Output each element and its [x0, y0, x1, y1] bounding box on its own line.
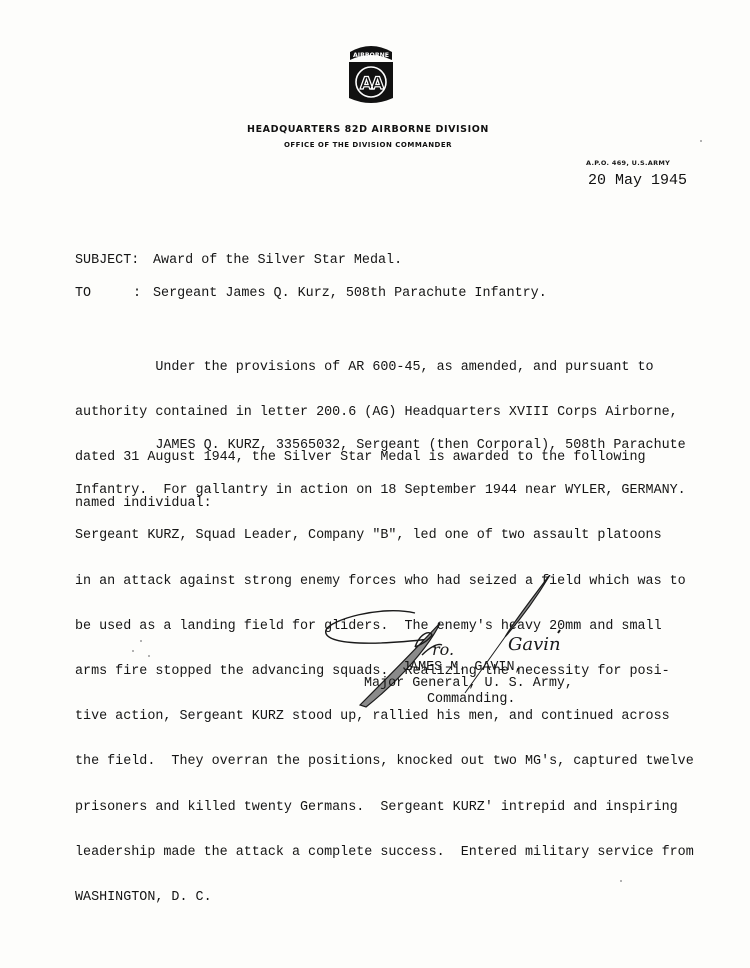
- to-colon: :: [133, 286, 141, 301]
- text-line: Infantry. For gallantry in action on 18 …: [75, 483, 694, 498]
- scan-speck: [148, 655, 150, 657]
- subject-label: SUBJECT:: [75, 253, 139, 268]
- text-line: the field. They overran the positions, k…: [75, 754, 694, 769]
- svg-text:ro.: ro.: [432, 640, 454, 659]
- scan-speck: [700, 140, 702, 142]
- 82nd-airborne-insignia-icon: AIRBORNE AA: [346, 42, 396, 108]
- scan-speck: [140, 640, 142, 642]
- text-line: JAMES Q. KURZ, 33565032, Sergeant (then …: [75, 438, 694, 453]
- signatory-rank: Major General, U. S. Army,: [364, 676, 573, 691]
- letter-date: 20 May 1945: [588, 172, 687, 189]
- scan-speck: [132, 650, 134, 652]
- svg-text:AA: AA: [360, 74, 385, 94]
- svg-text:AIRBORNE: AIRBORNE: [353, 52, 389, 59]
- text-line: Sergeant KURZ, Squad Leader, Company "B"…: [75, 528, 694, 543]
- text-line: prisoners and killed twenty Germans. Ser…: [75, 800, 694, 815]
- scan-speck: [620, 880, 622, 882]
- signatory-title: Commanding.: [427, 692, 515, 707]
- letter-page: AIRBORNE AA HEADQUARTERS 82D AIRBORNE DI…: [0, 0, 750, 968]
- recipient-text: Sergeant James Q. Kurz, 508th Parachute …: [153, 286, 547, 301]
- letterhead: HEADQUARTERS 82D AIRBORNE DIVISION OFFIC…: [0, 124, 750, 149]
- text-line: leadership made the attack a complete su…: [75, 845, 694, 860]
- headquarters-title: HEADQUARTERS 82D AIRBORNE DIVISION: [0, 124, 743, 135]
- subject-text: Award of the Silver Star Medal.: [153, 253, 402, 268]
- office-subtitle: OFFICE OF THE DIVISION COMMANDER: [0, 141, 743, 149]
- text-line: Under the provisions of AR 600-45, as am…: [75, 360, 678, 375]
- svg-text:Gavin: Gavin: [508, 634, 561, 655]
- text-line: WASHINGTON, D. C.: [75, 890, 694, 905]
- signatory-name: JAMES M. GAVIN,: [402, 660, 523, 675]
- to-label: TO: [75, 286, 91, 301]
- apo-address: A.P.O. 469, U.S.ARMY: [586, 159, 670, 167]
